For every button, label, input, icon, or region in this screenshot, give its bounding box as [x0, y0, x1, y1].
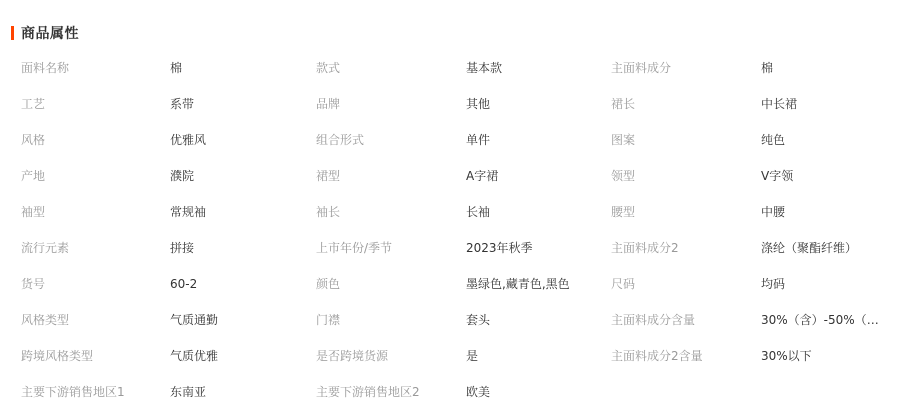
attr-label: 腰型 — [611, 194, 756, 230]
attr-label: 袖长 — [316, 194, 461, 230]
attr-label: 流行元素 — [21, 230, 166, 266]
attr-value: 墨绿色,藏青色,黑色 — [466, 266, 601, 302]
attr-value: 中长裙 — [761, 86, 889, 122]
attr-label: 工艺 — [21, 86, 166, 122]
attribute-row: 跨境风格类型 气质优雅 是否跨境货源 是 主面料成分2含量 30%以下 — [0, 338, 901, 374]
attr-value: 气质优雅 — [170, 338, 305, 374]
attribute-grid: 面料名称 棉 款式 基本款 主面料成分 棉 工艺 系带 品牌 其他 裙长 中长裙… — [0, 50, 901, 410]
attr-value: 套头 — [466, 302, 601, 338]
attr-label: 品牌 — [316, 86, 461, 122]
attr-label: 袖型 — [21, 194, 166, 230]
attribute-row: 袖型 常规袖 袖长 长袖 腰型 中腰 — [0, 194, 901, 230]
attribute-row: 工艺 系带 品牌 其他 裙长 中长裙 — [0, 86, 901, 122]
attr-value: 棉 — [170, 50, 305, 86]
attr-label: 主面料成分 — [611, 50, 756, 86]
attr-value: 均码 — [761, 266, 889, 302]
attr-value: 60-2 — [170, 266, 305, 302]
attr-label: 尺码 — [611, 266, 756, 302]
attr-value: 其他 — [466, 86, 601, 122]
attribute-row: 流行元素 拼接 上市年份/季节 2023年秋季 主面料成分2 涤纶（聚酯纤维） — [0, 230, 901, 266]
attr-label: 裙型 — [316, 158, 461, 194]
attr-value: A字裙 — [466, 158, 601, 194]
attr-value: 濮院 — [170, 158, 305, 194]
attr-label: 款式 — [316, 50, 461, 86]
attr-value: 2023年秋季 — [466, 230, 601, 266]
attr-label — [611, 374, 756, 410]
attr-label: 组合形式 — [316, 122, 461, 158]
attr-label: 主要下游销售地区1 — [21, 374, 166, 410]
attr-value-truncated: 30%（含）-50%（不... — [761, 302, 889, 338]
attr-label: 主面料成分2 — [611, 230, 756, 266]
attribute-row: 主要下游销售地区1 东南亚 主要下游销售地区2 欧美 — [0, 374, 901, 410]
attribute-row: 风格 优雅风 组合形式 单件 图案 纯色 — [0, 122, 901, 158]
attr-value: 常规袖 — [170, 194, 305, 230]
attr-label: 主面料成分2含量 — [611, 338, 756, 374]
attr-label: 门襟 — [316, 302, 461, 338]
attr-value: 是 — [466, 338, 601, 374]
attr-value: 30%以下 — [761, 338, 889, 374]
section-title: 商品属性 — [21, 23, 79, 43]
attr-value: 系带 — [170, 86, 305, 122]
attr-value: 拼接 — [170, 230, 305, 266]
attr-value: 欧美 — [466, 374, 601, 410]
attribute-row: 风格类型 气质通勤 门襟 套头 主面料成分含量 30%（含）-50%（不... — [0, 302, 901, 338]
attr-label: 产地 — [21, 158, 166, 194]
attr-label: 是否跨境货源 — [316, 338, 461, 374]
attr-label: 裙长 — [611, 86, 756, 122]
attr-value: 气质通勤 — [170, 302, 305, 338]
attr-value: 基本款 — [466, 50, 601, 86]
attribute-row: 货号 60-2 颜色 墨绿色,藏青色,黑色 尺码 均码 — [0, 266, 901, 302]
attr-label: 主面料成分含量 — [611, 302, 756, 338]
attr-label: 上市年份/季节 — [316, 230, 461, 266]
attr-value: 优雅风 — [170, 122, 305, 158]
attr-value: 东南亚 — [170, 374, 305, 410]
attribute-row: 面料名称 棉 款式 基本款 主面料成分 棉 — [0, 50, 901, 86]
attr-label: 主要下游销售地区2 — [316, 374, 461, 410]
attr-label: 风格类型 — [21, 302, 166, 338]
attr-label: 跨境风格类型 — [21, 338, 166, 374]
product-attributes-panel: 商品属性 面料名称 棉 款式 基本款 主面料成分 棉 工艺 系带 品牌 其他 裙… — [0, 0, 901, 416]
attr-value: 中腰 — [761, 194, 889, 230]
attr-value: 纯色 — [761, 122, 889, 158]
attr-value: 长袖 — [466, 194, 601, 230]
section-header: 商品属性 — [11, 24, 79, 42]
attr-value: 涤纶（聚酯纤维） — [761, 230, 889, 266]
attr-value: 棉 — [761, 50, 889, 86]
attribute-row: 产地 濮院 裙型 A字裙 领型 V字领 — [0, 158, 901, 194]
attr-value — [761, 374, 889, 410]
attr-label: 风格 — [21, 122, 166, 158]
accent-bar — [11, 26, 14, 40]
attr-value: V字领 — [761, 158, 889, 194]
attr-label: 颜色 — [316, 266, 461, 302]
attr-label: 货号 — [21, 266, 166, 302]
attr-value: 单件 — [466, 122, 601, 158]
attr-label: 图案 — [611, 122, 756, 158]
attr-label: 领型 — [611, 158, 756, 194]
attr-label: 面料名称 — [21, 50, 166, 86]
